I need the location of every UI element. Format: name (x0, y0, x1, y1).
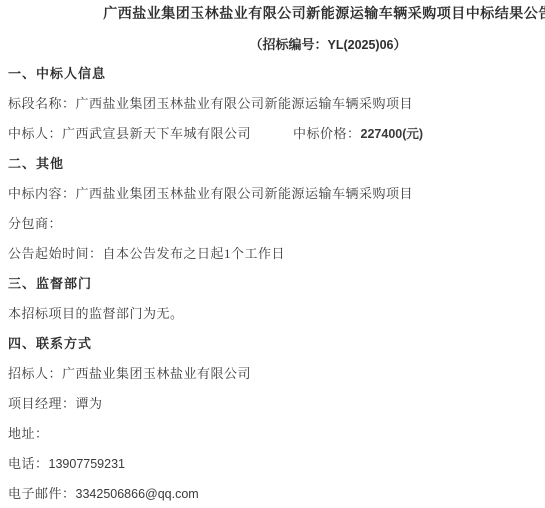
start-time-value: 自本公告发布之日起1个工作日 (103, 246, 286, 261)
announcement-document: 广西盐业集团玉林盐业有限公司新能源运输车辆采购项目中标结果公告 （招标编号：YL… (0, 0, 545, 502)
email-label: 电子邮件： (8, 486, 76, 501)
email-value: 3342506866@qq.com (76, 487, 199, 501)
tenderer-label: 招标人： (8, 366, 62, 381)
subcontractor-line: 分包商： (0, 216, 545, 232)
subcontractor-label: 分包商： (8, 216, 62, 231)
section-heading-supervision: 三、监督部门 (0, 276, 545, 292)
bid-number-prefix: （招标编号： (249, 37, 327, 52)
address-label: 地址： (8, 426, 49, 441)
phone-label: 电话： (8, 456, 49, 471)
project-manager-label: 项目经理： (8, 396, 76, 411)
tenderer-value: 广西盐业集团玉林盐业有限公司 (62, 366, 251, 381)
bid-number-suffix: ） (394, 37, 407, 52)
content-label: 中标内容： (8, 186, 76, 201)
price-cell: 中标价格：227400(元) (293, 126, 423, 141)
phone-value: 13907759231 (49, 457, 125, 471)
lot-name-line: 标段名称：广西盐业集团玉林盐业有限公司新能源运输车辆采购项目 (0, 96, 545, 112)
content-line: 中标内容：广西盐业集团玉林盐业有限公司新能源运输车辆采购项目 (0, 186, 545, 202)
email-line: 电子邮件：3342506866@qq.com (0, 486, 545, 502)
phone-line: 电话：13907759231 (0, 456, 545, 472)
start-time-label: 公告起始时间： (8, 246, 103, 261)
lot-name-value: 广西盐业集团玉林盐业有限公司新能源运输车辆采购项目 (76, 96, 414, 111)
section-heading-other: 二、其他 (0, 156, 545, 172)
section-heading-winner-info: 一、中标人信息 (0, 66, 545, 82)
price-label: 中标价格： (293, 126, 361, 141)
winner-value: 广西武宣县新天下车城有限公司 (62, 126, 251, 141)
bid-number-value: YL(2025)06 (327, 38, 393, 52)
page-title: 广西盐业集团玉林盐业有限公司新能源运输车辆采购项目中标结果公告 (0, 7, 545, 23)
content-value: 广西盐业集团玉林盐业有限公司新能源运输车辆采购项目 (76, 186, 414, 201)
winner-cell: 中标人：广西武宣县新天下车城有限公司 (8, 126, 293, 142)
start-time-line: 公告起始时间：自本公告发布之日起1个工作日 (0, 246, 545, 262)
project-manager-line: 项目经理：谭为 (0, 396, 545, 412)
address-line: 地址： (0, 426, 545, 442)
winner-label: 中标人： (8, 126, 62, 141)
section-heading-contact: 四、联系方式 (0, 336, 545, 352)
tenderer-line: 招标人：广西盐业集团玉林盐业有限公司 (0, 366, 545, 382)
project-manager-value: 谭为 (76, 396, 103, 411)
lot-name-label: 标段名称： (8, 96, 76, 111)
winner-price-line: 中标人：广西武宣县新天下车城有限公司中标价格：227400(元) (0, 126, 545, 142)
supervision-note-line: 本招标项目的监督部门为无。 (0, 306, 545, 322)
bid-number-line: （招标编号：YL(2025)06） (0, 37, 545, 53)
price-value: 227400(元) (361, 127, 424, 141)
